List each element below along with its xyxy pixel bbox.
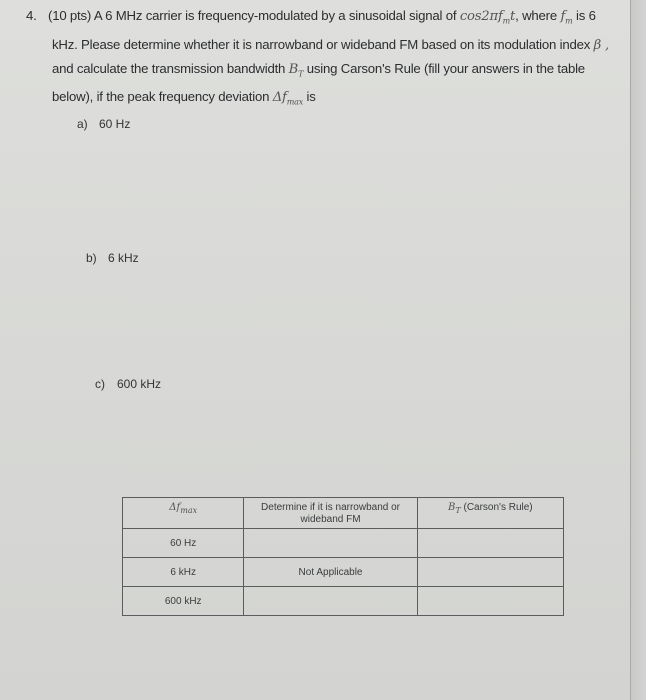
question-line-1: 4.(10 pts) A 6 MHz carrier is frequency-…	[26, 4, 606, 33]
beta-symbol: β ,	[594, 38, 609, 53]
header-bandwidth: BT (Carson's Rule)	[417, 498, 563, 529]
page-edge-shadow	[631, 0, 646, 700]
cell-bandwidth[interactable]	[417, 558, 563, 587]
part-c-label: c)	[95, 377, 117, 391]
cell-bandwidth[interactable]	[417, 587, 563, 616]
delta-f-symbol: Δfmax	[273, 90, 303, 105]
part-c: c)600 kHz	[95, 377, 161, 391]
fm-symbol: fm	[560, 9, 572, 24]
cell-bandwidth[interactable]	[417, 529, 563, 558]
header-deviation: Δfmax	[123, 498, 244, 529]
part-a-label: a)	[77, 117, 99, 131]
question-line-3: and calculate the transmission bandwidth…	[26, 57, 606, 86]
question-text: 4.(10 pts) A 6 MHz carrier is frequency-…	[26, 4, 606, 114]
question-line-2: kHz. Please determine whether it is narr…	[26, 33, 606, 57]
bt-symbol: BT	[289, 62, 304, 77]
part-a-value: 60 Hz	[99, 117, 130, 131]
cell-fm-type[interactable]	[244, 529, 417, 558]
part-c-value: 600 kHz	[117, 377, 161, 391]
question-number: 4.	[26, 4, 48, 27]
header-fm-type: Determine if it is narrowband or wideban…	[244, 498, 417, 529]
answer-table: Δfmax Determine if it is narrowband or w…	[122, 497, 564, 616]
table-header-row: Δfmax Determine if it is narrowband or w…	[123, 498, 564, 529]
table-row: 6 kHz Not Applicable	[123, 558, 564, 587]
cell-deviation: 600 kHz	[123, 587, 244, 616]
cell-fm-type[interactable]	[244, 587, 417, 616]
table-row: 60 Hz	[123, 529, 564, 558]
question-line-4: below), if the peak frequency deviation …	[26, 85, 606, 114]
cell-deviation: 60 Hz	[123, 529, 244, 558]
signal-expression: cos2πfmt	[460, 9, 515, 24]
part-b-value: 6 kHz	[108, 251, 139, 265]
cell-deviation: 6 kHz	[123, 558, 244, 587]
part-b: b)6 kHz	[86, 251, 139, 265]
part-a: a)60 Hz	[77, 117, 130, 131]
part-b-label: b)	[86, 251, 108, 265]
cell-fm-type: Not Applicable	[244, 558, 417, 587]
table-row: 600 kHz	[123, 587, 564, 616]
